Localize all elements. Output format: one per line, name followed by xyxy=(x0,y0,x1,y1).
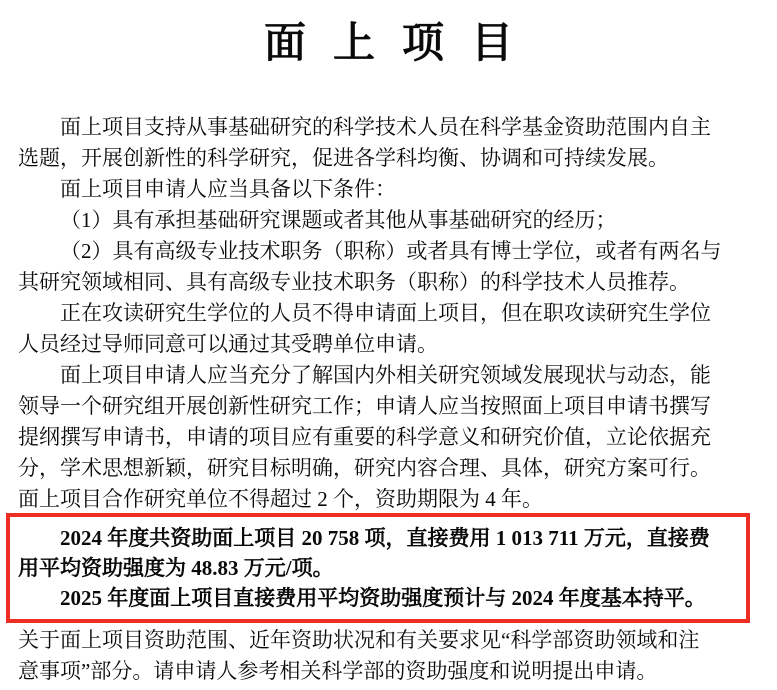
text-line: 面上项目合作研究单位不得超过 2 个，资助期限为 4 年。 xyxy=(18,484,759,515)
text-line: 正在攻读研究生学位的人员不得申请面上项目，但在职攻读研究生学位 xyxy=(18,298,759,329)
text-line: 领导一个研究组开展创新性研究工作；申请人应当按照面上项目申请书撰写 xyxy=(18,391,759,422)
document-page: 面上项目 面上项目支持从事基础研究的科学技术人员在科学基金资助范围内自主 选题，… xyxy=(0,0,777,690)
text-line: 提纲撰写申请书，申请的项目应有重要的科学意义和研究价值，立论依据充 xyxy=(18,422,759,453)
text-line: （2）具有高级专业技术职务（职称）或者具有博士学位，或者有两名与 xyxy=(18,236,759,267)
text-line: 其研究领域相同、具有高级专业技术职务（职称）的科学技术人员推荐。 xyxy=(18,267,759,298)
document-title: 面上项目 xyxy=(0,18,777,70)
text-line: 面上项目申请人应当具备以下条件： xyxy=(18,174,759,205)
text-line: 人员经过导师同意可以通过其受聘单位申请。 xyxy=(18,329,759,360)
text-line: （1）具有承担基础研究课题或者其他从事基础研究的经历； xyxy=(18,205,759,236)
text-line: 分，学术思想新颖，研究目标明确，研究内容合理、具体，研究方案可行。 xyxy=(18,453,759,484)
text-line: 面上项目支持从事基础研究的科学技术人员在科学基金资助范围内自主 xyxy=(18,112,759,143)
highlight-text-line: 2024 年度共资助面上项目 20 758 项，直接费用 1 013 711 万… xyxy=(18,523,742,553)
text-line: 选题，开展创新性的科学研究，促进各学科均衡、协调和可持续发展。 xyxy=(18,143,759,174)
closing-paragraph: 关于面上项目资助范围、近年资助状况和有关要求见“科学部资助领域和注 意事项”部分… xyxy=(18,625,759,687)
text-line: 关于面上项目资助范围、近年资助状况和有关要求见“科学部资助领域和注 xyxy=(18,625,759,656)
highlight-text-line: 2025 年度面上项目直接费用平均资助强度预计与 2024 年度基本持平。 xyxy=(18,583,742,613)
text-line: 面上项目申请人应当充分了解国内外相关研究领域发展现状与动态，能 xyxy=(18,360,759,391)
document-body: 面上项目支持从事基础研究的科学技术人员在科学基金资助范围内自主 选题，开展创新性… xyxy=(18,112,759,687)
text-line: 意事项”部分。请申请人参考相关科学部的资助强度和说明提出申请。 xyxy=(18,656,759,687)
highlight-text-line: 用平均资助强度为 48.83 万元/项。 xyxy=(18,553,742,583)
highlight-box: 2024 年度共资助面上项目 20 758 项，直接费用 1 013 711 万… xyxy=(6,513,750,623)
